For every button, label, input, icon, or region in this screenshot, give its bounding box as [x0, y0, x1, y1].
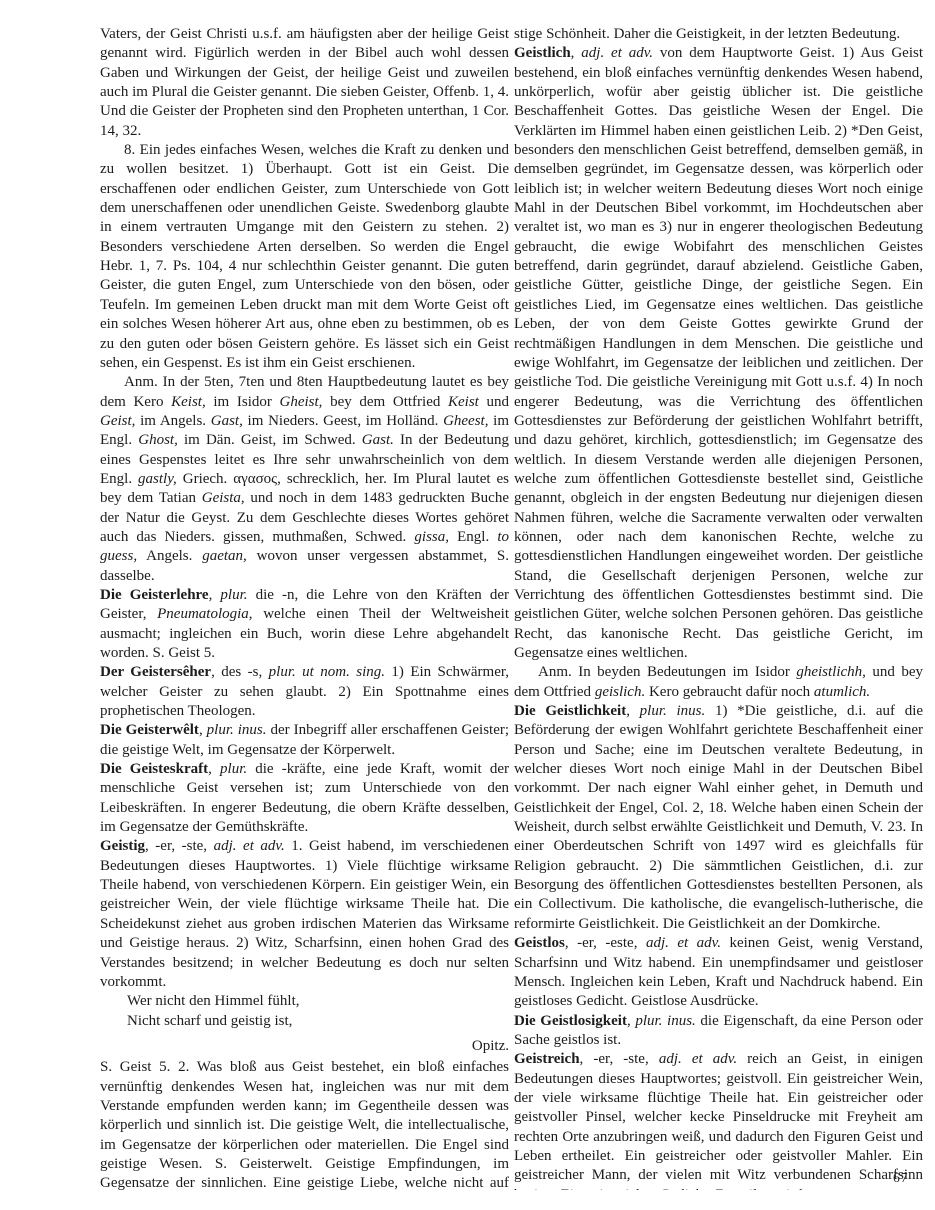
italic-term: adj. et adv.: [659, 1051, 737, 1067]
paragraph-geist-sense8: 8. Ein jedes einfaches Wesen, welches di…: [100, 141, 509, 373]
italic-term: plur. ut nom. sing.: [269, 664, 385, 680]
italic-term: geislich.: [595, 684, 645, 700]
text-segment: , -er, -este,: [565, 935, 646, 951]
italic-term: Pneumatologia,: [157, 606, 252, 622]
text-segment: , des -s,: [211, 664, 269, 680]
italic-term: Gheist,: [280, 394, 323, 410]
text-segment: im Angels.: [135, 413, 210, 429]
headword: Die Geisterlehre: [100, 587, 209, 603]
headword: Die Geistlosigkeit: [514, 1013, 627, 1029]
entry-geistig: Geistig, -er, -ste, adj. et adv. 1. Geis…: [100, 837, 509, 992]
italic-term: plur. inus.: [207, 722, 267, 738]
italic-term: atumlich.: [814, 684, 870, 700]
text-segment: Nicht scharf und geistig ist,: [127, 1013, 292, 1029]
text-segment: im Dän. Geist, im Schwed.: [178, 432, 362, 448]
paragraph-geistig-sense2: S. Geist 5. 2. Was bloß aus Geist besteh…: [100, 1058, 509, 1190]
text-segment: ,: [571, 45, 582, 61]
text-segment: , -er, -ste,: [580, 1051, 659, 1067]
italic-term: adj. et adv.: [214, 838, 285, 854]
text-segment: Engl.: [449, 529, 497, 545]
italic-term: Gast.: [362, 432, 394, 448]
text-segment: reich an Geist, in einigen Bedeutungen d…: [514, 1051, 923, 1190]
text-segment: , -er, -ste,: [145, 838, 214, 854]
headword: Geistlich: [514, 45, 571, 61]
text-segment: Anm. In beyden Bedeutungen im Isidor: [538, 664, 796, 680]
text-segment: 1. Geist habend, im verschiedenen Bedeut…: [100, 838, 509, 989]
italic-term: gaetan,: [202, 548, 247, 564]
italic-term: gheistlichh,: [796, 664, 866, 680]
italic-term: plur.: [220, 761, 247, 777]
text-segment: und: [479, 394, 509, 410]
headword: Die Geistlichkeit: [514, 703, 626, 719]
text-segment: von dem Hauptworte Geist. 1) Aus Geist b…: [514, 45, 923, 661]
headword: Geistlos: [514, 935, 565, 951]
text-segment: Angels.: [137, 548, 202, 564]
text-segment: im Nieders. Geest, im Holländ.: [243, 413, 443, 429]
text-segment: ,: [209, 587, 221, 603]
headword: Geistig: [100, 838, 145, 854]
paragraph-geistig-continuation: stige Schönheit. Daher die Geistigkeit, …: [514, 25, 923, 44]
text-segment: ,: [208, 761, 220, 777]
text-segment: Vaters, der Geist Christi u.s.f. am häuf…: [100, 26, 509, 139]
entry-geisterwelt: Die Geisterwêlt, plur. inus. der Inbegri…: [100, 721, 509, 760]
entry-geistlosigkeit: Die Geistlosigkeit, plur. inus. die Eige…: [514, 1012, 923, 1051]
italic-term: adj. et adv.: [581, 45, 653, 61]
text-segment: ,: [626, 703, 639, 719]
left-column: Vaters, der Geist Christi u.s.f. am häuf…: [100, 25, 509, 1190]
text-segment: Kero gebraucht dafür noch: [645, 684, 814, 700]
entry-geisterlehre: Die Geisterlehre, plur. die -n, die Lehr…: [100, 586, 509, 663]
text-segment: im Isidor: [206, 394, 280, 410]
italic-term: plur.: [220, 587, 247, 603]
entry-geisterseher: Der Geistersêher, des -s, plur. ut nom. …: [100, 663, 509, 721]
entry-geisteskraft: Die Geisteskraft, plur. die -kräfte, ein…: [100, 760, 509, 837]
entry-geistlich: Geistlich, adj. et adv. von dem Hauptwor…: [514, 44, 923, 663]
entry-geistreich: Geistreich, -er, -ste, adj. et adv. reic…: [514, 1050, 923, 1190]
italic-term: gastly,: [138, 471, 177, 487]
italic-term: plur. inus.: [640, 703, 706, 719]
italic-term: Geista,: [202, 490, 245, 506]
italic-term: Gast,: [211, 413, 243, 429]
paragraph-geist-anmerkung: Anm. In der 5ten, 7ten und 8ten Hauptbed…: [100, 373, 509, 586]
italic-term: gissa,: [414, 529, 449, 545]
page: Vaters, der Geist Christi u.s.f. am häuf…: [0, 0, 935, 1210]
entry-geistlos: Geistlos, -er, -este, adj. et adv. keine…: [514, 934, 923, 1011]
headword: Die Geisteskraft: [100, 761, 208, 777]
text-segment: 8. Ein jedes einfaches Wesen, welches di…: [100, 142, 509, 371]
italic-term: adj. et adv.: [646, 935, 721, 951]
italic-term: Ghost,: [138, 432, 178, 448]
verse-line-2: Nicht scharf und geistig ist,: [100, 1012, 509, 1031]
right-column: stige Schönheit. Daher die Geistigkeit, …: [514, 25, 923, 1190]
text-segment: Wer nicht den Himmel fühlt,: [127, 993, 300, 1009]
text-segment: S. Geist 5. 2. Was bloß aus Geist besteh…: [100, 1059, 509, 1190]
verse-attribution: Opitz.: [100, 1037, 509, 1056]
paragraph-geistlich-anmerkung: Anm. In beyden Bedeutungen im Isidor ghe…: [514, 663, 923, 702]
italic-term: Gheest,: [443, 413, 488, 429]
text-segment: Opitz.: [472, 1038, 509, 1054]
headword: Der Geistersêher: [100, 664, 211, 680]
entry-geistlichkeit: Die Geistlichkeit, plur. inus. 1) *Die g…: [514, 702, 923, 934]
italic-term: Keist,: [171, 394, 206, 410]
italic-term: Keist: [448, 394, 479, 410]
verse-line-1: Wer nicht den Himmel fühlt,: [100, 992, 509, 1011]
text-segment: bey dem Ottfried: [322, 394, 448, 410]
italic-term: plur. inus.: [635, 1013, 695, 1029]
text-segment: 1) *Die geistliche, d.i. auf die Beförde…: [514, 703, 923, 932]
italic-term: Geist,: [100, 413, 135, 429]
paragraph-geist-sense7-continuation: Vaters, der Geist Christi u.s.f. am häuf…: [100, 25, 509, 141]
headword: Geistreich: [514, 1051, 580, 1067]
text-segment: stige Schönheit. Daher die Geistigkeit, …: [514, 26, 900, 42]
headword: Die Geisterwêlt: [100, 722, 199, 738]
page-number: 67: [893, 1170, 909, 1186]
text-segment: ,: [199, 722, 207, 738]
